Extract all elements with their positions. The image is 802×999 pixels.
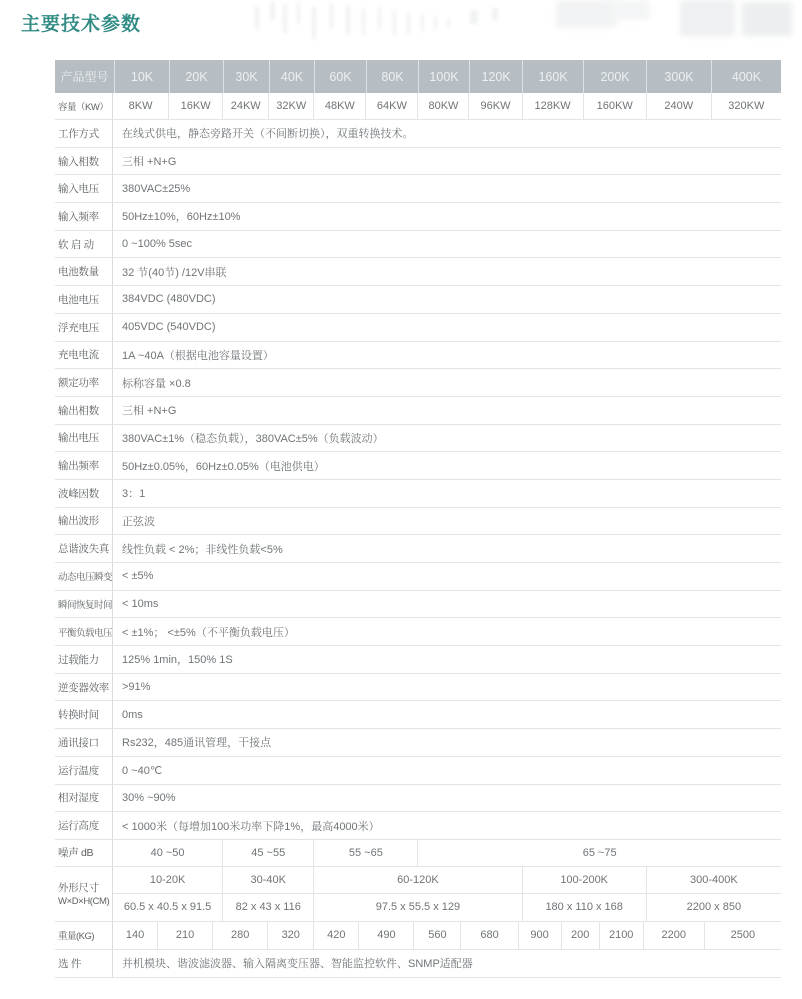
row-label: 输入频率 bbox=[55, 203, 113, 230]
header-col-30K: 30K bbox=[223, 60, 269, 93]
spec-row: 输出波形正弦波 bbox=[55, 508, 781, 536]
scan-mark bbox=[378, 6, 381, 30]
weight-cell: 420 bbox=[313, 922, 358, 949]
scan-mark bbox=[330, 3, 333, 29]
table-body: 容量（KW）8KW16KW24KW32KW48KW64KW80KW96KW128… bbox=[55, 93, 781, 978]
row-value: < ±1%； <±5%（不平衡负载电压） bbox=[113, 618, 781, 645]
weight-cell: 490 bbox=[358, 922, 413, 949]
row-label-line2: W×D×H(CM) bbox=[58, 896, 112, 907]
row-label-text: 波峰因数 bbox=[58, 486, 112, 501]
header-col-100K: 100K bbox=[418, 60, 469, 93]
scan-mark bbox=[407, 12, 410, 34]
row-value: 正弦波 bbox=[113, 508, 781, 535]
row-label-text: 工作方式 bbox=[58, 126, 112, 141]
spec-row: 输入频率50Hz±10%，60Hz±10% bbox=[55, 203, 781, 231]
header-col-300K: 300K bbox=[646, 60, 711, 93]
row-label: 电池电压 bbox=[55, 286, 113, 313]
scan-smudge bbox=[680, 0, 735, 36]
weight-cell: 280 bbox=[212, 922, 267, 949]
dimensions-row: 外形尺寸W×D×H(CM)10-20K60.5 x 40.5 x 91.530-… bbox=[55, 867, 781, 922]
dimension-range: 100-200K bbox=[523, 867, 646, 894]
row-label: 噪声 dB bbox=[55, 840, 113, 866]
page-title: 主要技术参数 bbox=[21, 9, 141, 36]
row-value: 0 ~100% 5sec bbox=[113, 231, 781, 258]
row-label-text: 输出电压 bbox=[58, 430, 112, 445]
spec-row: 逆变器效率>91% bbox=[55, 674, 781, 702]
header-col-120K: 120K bbox=[469, 60, 522, 93]
weight-cell: 560 bbox=[413, 922, 460, 949]
noise-cell: 55 ~65 bbox=[313, 840, 417, 866]
scan-mark bbox=[362, 8, 365, 36]
spec-row: 额定功率标称容量 ×0.8 bbox=[55, 369, 781, 397]
row-label: 重量(KG) bbox=[55, 922, 113, 949]
capacity-cell: 160KW bbox=[583, 93, 646, 119]
scan-mark bbox=[270, 2, 275, 20]
row-label: 电池数量 bbox=[55, 258, 113, 285]
row-label: 转换时间 bbox=[55, 701, 113, 728]
row-label-text: 运行温度 bbox=[58, 763, 112, 778]
options-row: 选 件并机模块、谐波滤波器、输入隔离变压器、智能监控软件、SNMP适配器 bbox=[55, 950, 781, 978]
row-label: 平衡负载电压 bbox=[55, 618, 113, 645]
row-value: 标称容量 ×0.8 bbox=[113, 369, 781, 396]
weight-cell: 320 bbox=[267, 922, 313, 949]
scan-mark bbox=[393, 10, 396, 36]
row-value: 380VAC±25% bbox=[113, 175, 781, 202]
header-col-40K: 40K bbox=[269, 60, 314, 93]
row-value: 三相 +N+G bbox=[113, 148, 781, 175]
scan-mark bbox=[255, 6, 259, 30]
spec-row: 输出频率50Hz±0.05%，60Hz±0.05%（电池供电） bbox=[55, 452, 781, 480]
dimension-groups: 10-20K60.5 x 40.5 x 91.530-40K82 x 43 x … bbox=[113, 867, 781, 921]
row-label: 波峰因数 bbox=[55, 480, 113, 507]
row-value: 380VAC±1%（稳态负载），380VAC±5%（负载波动） bbox=[113, 425, 781, 452]
row-label-text: 瞬间恢复时间 bbox=[58, 597, 112, 611]
dimension-range: 30-40K bbox=[223, 867, 313, 894]
capacity-cell: 8KW bbox=[113, 93, 168, 119]
row-label: 浮充电压 bbox=[55, 314, 113, 341]
row-label: 工作方式 bbox=[55, 120, 113, 147]
row-label: 动态电压瞬变 bbox=[55, 563, 113, 590]
capacity-cell: 32KW bbox=[268, 93, 313, 119]
row-value: 线性负载 < 2%；非线性负载<5% bbox=[113, 535, 781, 562]
spec-row: 运行高度< 1000米（每增加100米功率下降1%，最高4000米） bbox=[55, 812, 781, 840]
row-label-text: 通讯接口 bbox=[58, 735, 112, 750]
row-label-text: 电池电压 bbox=[58, 292, 112, 307]
dimension-size: 180 x 110 x 168 bbox=[523, 894, 646, 921]
row-label: 输入电压 bbox=[55, 175, 113, 202]
spec-row: 动态电压瞬变< ±5% bbox=[55, 563, 781, 591]
row-label-text: 电池数量 bbox=[58, 264, 112, 279]
row-label-text: 总谐波失真 bbox=[58, 541, 112, 556]
capacity-cell: 24KW bbox=[222, 93, 268, 119]
spec-row: 输入相数三相 +N+G bbox=[55, 148, 781, 176]
header-col-60K: 60K bbox=[314, 60, 366, 93]
spec-row: 输入电压380VAC±25% bbox=[55, 175, 781, 203]
row-value: >91% bbox=[113, 674, 781, 701]
weight-cells: 1402102803204204905606809002002100220025… bbox=[113, 922, 781, 949]
weight-cell: 200 bbox=[561, 922, 599, 949]
noise-cell: 40 ~50 bbox=[113, 840, 222, 866]
dimension-size: 60.5 x 40.5 x 91.5 bbox=[113, 894, 222, 921]
row-value: Rs232，485通讯管理，干接点 bbox=[113, 729, 781, 756]
row-label-text: 额定功率 bbox=[58, 375, 112, 390]
scan-smudge bbox=[610, 0, 650, 20]
row-label-text: 逆变器效率 bbox=[58, 680, 112, 695]
capacity-cell: 16KW bbox=[168, 93, 222, 119]
row-label-text: 充电电流 bbox=[58, 347, 112, 362]
row-value: 0ms bbox=[113, 701, 781, 728]
spec-row: 运行温度0 ~40℃ bbox=[55, 757, 781, 785]
row-value: 三相 +N+G bbox=[113, 397, 781, 424]
row-label-text: 软 启 动 bbox=[58, 237, 112, 252]
weight-cell: 2100 bbox=[599, 922, 643, 949]
row-label-text: 输出频率 bbox=[58, 458, 112, 473]
row-label-text: 容量（KW） bbox=[58, 99, 112, 113]
row-label-text: 过载能力 bbox=[58, 652, 112, 667]
dimension-size: 97.5 x 55.5 x 129 bbox=[314, 894, 521, 921]
row-value: 384VDC (480VDC) bbox=[113, 286, 781, 313]
spec-row: 浮充电压405VDC (540VDC) bbox=[55, 314, 781, 342]
row-value: 30% ~90% bbox=[113, 785, 781, 812]
spec-row: 平衡负载电压< ±1%； <±5%（不平衡负载电压） bbox=[55, 618, 781, 646]
spec-row: 充电电流1A ~40A（根据电池容量设置） bbox=[55, 342, 781, 370]
scan-smudge bbox=[742, 2, 792, 36]
row-value: 1A ~40A（根据电池容量设置） bbox=[113, 342, 781, 369]
capacity-cell: 240W bbox=[646, 93, 711, 119]
scan-mark bbox=[297, 2, 300, 24]
capacity-cell: 128KW bbox=[522, 93, 583, 119]
spec-row: 波峰因数3：1 bbox=[55, 480, 781, 508]
dimension-group: 60-120K97.5 x 55.5 x 129 bbox=[313, 867, 521, 921]
spec-row: 瞬间恢复时间< 10ms bbox=[55, 591, 781, 619]
row-value: 3：1 bbox=[113, 480, 781, 507]
scan-mark bbox=[346, 5, 350, 35]
capacity-cell: 80KW bbox=[417, 93, 468, 119]
scan-mark bbox=[470, 10, 478, 24]
capacity-cell: 64KW bbox=[365, 93, 417, 119]
spec-row: 工作方式在线式供电，静态旁路开关（不间断切换），双重转换技术。 bbox=[55, 120, 781, 148]
row-value: 125% 1min，150% 1S bbox=[113, 646, 781, 673]
row-value: 50Hz±0.05%，60Hz±0.05%（电池供电） bbox=[113, 452, 781, 479]
header-col-200K: 200K bbox=[583, 60, 646, 93]
scan-smudge bbox=[556, 0, 616, 28]
scan-mark bbox=[492, 8, 498, 20]
row-label: 通讯接口 bbox=[55, 729, 113, 756]
row-label-text: 动态电压瞬变 bbox=[58, 569, 112, 583]
row-value: 在线式供电，静态旁路开关（不间断切换），双重转换技术。 bbox=[113, 120, 781, 147]
spec-row: 输出电压380VAC±1%（稳态负载），380VAC±5%（负载波动） bbox=[55, 425, 781, 453]
scan-mark bbox=[312, 6, 316, 40]
spec-row: 软 启 动0 ~100% 5sec bbox=[55, 231, 781, 259]
spec-row: 电池电压384VDC (480VDC) bbox=[55, 286, 781, 314]
dimension-size: 82 x 43 x 116 bbox=[223, 894, 313, 921]
row-label: 运行温度 bbox=[55, 757, 113, 784]
spec-row: 电池数量32 节(40节) /12V串联 bbox=[55, 258, 781, 286]
row-label-text: 转换时间 bbox=[58, 707, 112, 722]
noise-cells: 40 ~5045 ~5555 ~6565 ~75 bbox=[113, 840, 781, 866]
row-label: 容量（KW） bbox=[55, 93, 113, 119]
row-value: 405VDC (540VDC) bbox=[113, 314, 781, 341]
row-label: 外形尺寸W×D×H(CM) bbox=[55, 867, 113, 921]
weight-cell: 2200 bbox=[643, 922, 704, 949]
row-label: 选 件 bbox=[55, 950, 113, 977]
header-col-20K: 20K bbox=[169, 60, 223, 93]
row-label: 输出频率 bbox=[55, 452, 113, 479]
row-label: 输出电压 bbox=[55, 425, 113, 452]
header-col-400K: 400K bbox=[711, 60, 781, 93]
weight-cell: 2500 bbox=[704, 922, 781, 949]
row-value: < ±5% bbox=[113, 563, 781, 590]
dimension-group: 100-200K180 x 110 x 168 bbox=[522, 867, 646, 921]
row-label: 输出相数 bbox=[55, 397, 113, 424]
row-label: 额定功率 bbox=[55, 369, 113, 396]
dimension-size: 2200 x 850 bbox=[647, 894, 781, 921]
row-label-text: 平衡负载电压 bbox=[58, 625, 112, 639]
dimension-group: 30-40K82 x 43 x 116 bbox=[222, 867, 313, 921]
capacity-cell: 48KW bbox=[313, 93, 365, 119]
header-col-80K: 80K bbox=[366, 60, 418, 93]
scan-mark bbox=[421, 14, 424, 32]
row-value: 32 节(40节) /12V串联 bbox=[113, 258, 781, 285]
row-label-text: 相对湿度 bbox=[58, 790, 112, 805]
capacity-cell: 96KW bbox=[468, 93, 521, 119]
weight-cell: 210 bbox=[157, 922, 212, 949]
row-label-text: 输入相数 bbox=[58, 154, 112, 169]
spec-row: 过载能力125% 1min，150% 1S bbox=[55, 646, 781, 674]
weight-cell: 680 bbox=[460, 922, 517, 949]
scan-mark bbox=[434, 16, 437, 30]
row-label-text: 外形尺寸 bbox=[58, 880, 112, 895]
row-label-text: 重量(KG) bbox=[58, 928, 112, 942]
noise-cell: 45 ~55 bbox=[222, 840, 313, 866]
scan-mark bbox=[283, 4, 287, 34]
dimension-group: 300-400K2200 x 850 bbox=[646, 867, 781, 921]
header-model-label: 产品型号 bbox=[55, 60, 114, 93]
capacity-cell: 320KW bbox=[711, 93, 781, 119]
spec-row: 通讯接口Rs232，485通讯管理，干接点 bbox=[55, 729, 781, 757]
dimension-range: 300-400K bbox=[647, 867, 781, 894]
noise-row: 噪声 dB40 ~5045 ~5555 ~6565 ~75 bbox=[55, 840, 781, 867]
row-label-text: 输入电压 bbox=[58, 181, 112, 196]
row-label-text: 输入频率 bbox=[58, 209, 112, 224]
weight-cell: 140 bbox=[113, 922, 157, 949]
row-value: 0 ~40℃ bbox=[113, 757, 781, 784]
weight-cell: 900 bbox=[518, 922, 561, 949]
row-label-text: 输出波形 bbox=[58, 513, 112, 528]
header-col-10K: 10K bbox=[114, 60, 169, 93]
row-label-text: 运行高度 bbox=[58, 818, 112, 833]
row-value: < 1000米（每增加100米功率下降1%，最高4000米） bbox=[113, 812, 781, 839]
row-label: 过载能力 bbox=[55, 646, 113, 673]
row-value: 50Hz±10%，60Hz±10% bbox=[113, 203, 781, 230]
row-label: 相对湿度 bbox=[55, 785, 113, 812]
row-label: 总谐波失真 bbox=[55, 535, 113, 562]
row-label: 输入相数 bbox=[55, 148, 113, 175]
dimension-range: 60-120K bbox=[314, 867, 521, 894]
spec-row: 转换时间0ms bbox=[55, 701, 781, 729]
dimension-group: 10-20K60.5 x 40.5 x 91.5 bbox=[113, 867, 222, 921]
spec-table: 产品型号10K20K30K40K60K80K100K120K160K200K30… bbox=[55, 60, 781, 978]
scan-mark bbox=[447, 18, 450, 28]
row-label: 逆变器效率 bbox=[55, 674, 113, 701]
row-label-text: 选 件 bbox=[58, 956, 112, 971]
row-value: 并机模块、谐波滤波器、输入隔离变压器、智能监控软件、SNMP适配器 bbox=[113, 950, 781, 977]
header-col-160K: 160K bbox=[522, 60, 583, 93]
row-value: < 10ms bbox=[113, 591, 781, 618]
weight-row: 重量(KG)1402102803204204905606809002002100… bbox=[55, 922, 781, 950]
spec-row: 输出相数三相 +N+G bbox=[55, 397, 781, 425]
row-label-text: 输出相数 bbox=[58, 403, 112, 418]
spec-row: 相对湿度30% ~90% bbox=[55, 785, 781, 813]
capacity-row: 容量（KW）8KW16KW24KW32KW48KW64KW80KW96KW128… bbox=[55, 93, 781, 120]
spec-row: 总谐波失真线性负载 < 2%；非线性负载<5% bbox=[55, 535, 781, 563]
row-label: 软 启 动 bbox=[55, 231, 113, 258]
row-label: 输出波形 bbox=[55, 508, 113, 535]
row-label: 运行高度 bbox=[55, 812, 113, 839]
row-label: 充电电流 bbox=[55, 342, 113, 369]
dimension-range: 10-20K bbox=[113, 867, 222, 894]
table-header-row: 产品型号10K20K30K40K60K80K100K120K160K200K30… bbox=[55, 60, 781, 93]
capacity-cells: 8KW16KW24KW32KW48KW64KW80KW96KW128KW160K… bbox=[113, 93, 781, 119]
row-label-text: 噪声 dB bbox=[58, 845, 112, 860]
noise-cell: 65 ~75 bbox=[417, 840, 781, 866]
row-label-text: 浮充电压 bbox=[58, 320, 112, 335]
row-label: 瞬间恢复时间 bbox=[55, 591, 113, 618]
